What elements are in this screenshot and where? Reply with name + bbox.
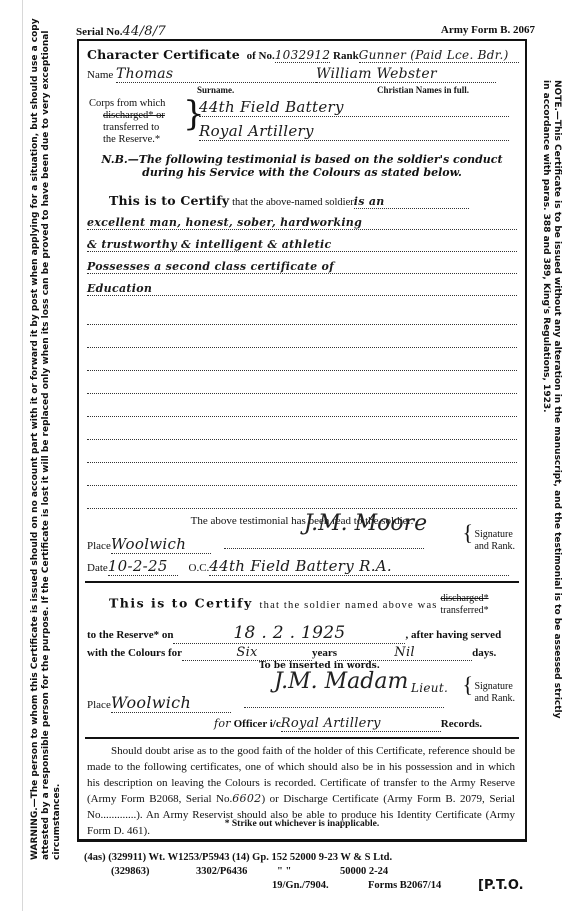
days-value: Nil	[337, 645, 472, 661]
reserve-row: to the Reserve* on18 . 2 . 1925, after h…	[87, 623, 517, 644]
section-divider	[85, 581, 519, 583]
signature-caption-2: and Rank.	[474, 541, 515, 553]
regulations-note: NOTE.—This Certificate is to be issued w…	[540, 80, 562, 720]
colours-row: with the Colours forSixyearsNildays.	[87, 645, 517, 661]
corps-value-1: 44th Field Battery	[199, 98, 509, 117]
transfer-signature-caption-2: and Rank.	[474, 693, 515, 705]
blank-line	[87, 439, 517, 440]
footer-line-3a: 19/Gn./7904.	[272, 880, 329, 891]
days-label: days.	[472, 647, 496, 659]
blank-line	[87, 393, 517, 394]
corps-label-1: Corps from which	[89, 98, 181, 110]
blank-line	[87, 347, 517, 348]
brace-icon: {	[462, 527, 473, 539]
page-edge	[22, 0, 23, 911]
name-label: Name	[87, 69, 113, 81]
transfer-signature-caption: { Signature and Rank.	[474, 681, 515, 705]
blank-line	[87, 508, 517, 509]
corps-label-2: discharged* or	[89, 110, 181, 122]
reserve-serial-value: 6602	[232, 792, 261, 805]
option-transferred: transferred*	[440, 605, 488, 617]
corps-label-4: the Reserve.*	[89, 134, 181, 146]
officer-value: Royal Artillery	[281, 716, 441, 732]
signature-caption-1: Signature	[474, 529, 515, 541]
discharge-transfer-options: discharged* transferred*	[440, 593, 488, 617]
transfer-signature-line	[244, 707, 444, 708]
transfer-place-row: PlaceWoolwich	[87, 693, 517, 713]
transfer-certify-lead: that the soldier named above was	[260, 600, 438, 611]
blank-line	[87, 485, 517, 486]
footer-line-2c: " "	[277, 866, 291, 877]
reserve-date: 18 . 2 . 1925	[173, 623, 405, 644]
surname-value: Thomas	[116, 66, 316, 83]
transfer-rank-value: Lieut.	[411, 681, 448, 695]
warning-note: WARNING.—The person to whom this Certifi…	[30, 0, 63, 860]
place-value: Woolwich	[111, 535, 211, 554]
transfer-certify-heading: This is to Certify	[109, 596, 253, 611]
blank-line	[87, 462, 517, 463]
oc-label: O.C.	[189, 562, 210, 574]
blank-line	[87, 324, 517, 325]
certify-lead: that the above-named soldier	[232, 197, 354, 208]
christian-caption: Christian Names in full.	[377, 85, 469, 95]
strike-note: * Strike out whichever is inapplicable.	[79, 819, 525, 829]
serial-number: Serial No.44/8/7	[76, 24, 168, 40]
rank-value: Gunner (Paid Lce. Bdr.)	[359, 48, 519, 63]
name-row: Name ThomasWilliam Webster	[87, 66, 517, 83]
signature-value: J.M. Moore	[304, 511, 427, 536]
read-statement: The above testimonial has been read to t…	[79, 515, 525, 527]
testimonial-line-0: is an	[354, 195, 469, 209]
years-label: years	[312, 647, 337, 659]
corps-labels: Corps from which discharged* or transfer…	[89, 98, 181, 146]
section-divider	[85, 737, 519, 739]
serial-value: 44/8/7	[122, 24, 168, 40]
footer-line-3b: Forms B2067/14	[368, 880, 441, 891]
title-row: Character Certificate of No.1032912 Rank…	[87, 47, 517, 63]
serial-label: Serial No.	[76, 26, 122, 38]
nb-note: N.B.—The following testimonial is based …	[93, 153, 511, 179]
certify-row-1: This is to Certify that the above-named …	[109, 193, 517, 209]
signature-rank-caption: { Signature and Rank.	[474, 529, 515, 553]
place-label: Place	[87, 540, 111, 552]
blank-line	[87, 370, 517, 371]
footer-line-2b: 3302/P6436	[196, 866, 247, 877]
testimonial-line-3: Possesses a second class certificate of	[87, 260, 517, 274]
brace-icon: {	[462, 679, 473, 691]
corps-label-3: transferred to	[89, 122, 181, 134]
transfer-certify-row: This is to Certify that the soldier name…	[109, 593, 517, 617]
colours-label: with the Colours for	[87, 647, 182, 659]
certificate-box: Character Certificate of No.1032912 Rank…	[77, 39, 527, 842]
footer-line-1: (4as) (329911) Wt. W1253/P5943 (14) Gp. …	[84, 852, 392, 863]
form-id: Army Form B. 2067	[441, 24, 535, 36]
place-row: PlaceWoolwich	[87, 535, 517, 554]
date-value: 10-2-25	[108, 557, 178, 576]
testimonial-line-4: Education	[87, 282, 517, 296]
records-label: Records.	[441, 718, 482, 730]
transfer-place-label: Place	[87, 699, 111, 711]
footer-line-2d: 50000 2-24	[340, 866, 388, 877]
footer-line-2a: (329863)	[111, 866, 150, 877]
testimonial-line-2: & trustworthy & intelligent & athletic	[87, 238, 517, 252]
officer-row: for Officer i/cRoyal ArtilleryRecords.	[214, 716, 517, 732]
of-no-label: of No.	[247, 50, 275, 62]
officer-prefix: for	[214, 717, 231, 730]
blank-line	[87, 416, 517, 417]
transfer-signature-caption-1: Signature	[474, 681, 515, 693]
years-value: Six	[182, 645, 312, 661]
regimental-number: 1032912	[275, 48, 331, 63]
date-row: Date10-2-25 O.C.44th Field Battery R.A.	[87, 557, 517, 576]
after-served-label: , after having served	[405, 629, 501, 641]
option-discharged: discharged*	[440, 593, 488, 605]
date-label: Date	[87, 562, 108, 574]
officer-label: Officer i/c	[234, 718, 281, 730]
oc-value: 44th Field Battery R.A.	[209, 557, 509, 576]
testimonial-line-1: excellent man, honest, sober, hardworkin…	[87, 216, 517, 230]
rank-label: Rank	[333, 50, 359, 62]
christian-names-value: William Webster	[316, 66, 496, 83]
transfer-signature-value: J.M. Madam	[274, 669, 408, 694]
certificate-title: Character Certificate	[87, 47, 240, 62]
signature-line	[224, 548, 424, 549]
reserve-label: to the Reserve* on	[87, 629, 173, 641]
pto-marker: [P.T.O.	[478, 878, 524, 893]
transfer-place-value: Woolwich	[111, 693, 231, 713]
corps-value-2: Royal Artillery	[199, 122, 509, 141]
certify-heading: This is to Certify	[109, 193, 229, 208]
